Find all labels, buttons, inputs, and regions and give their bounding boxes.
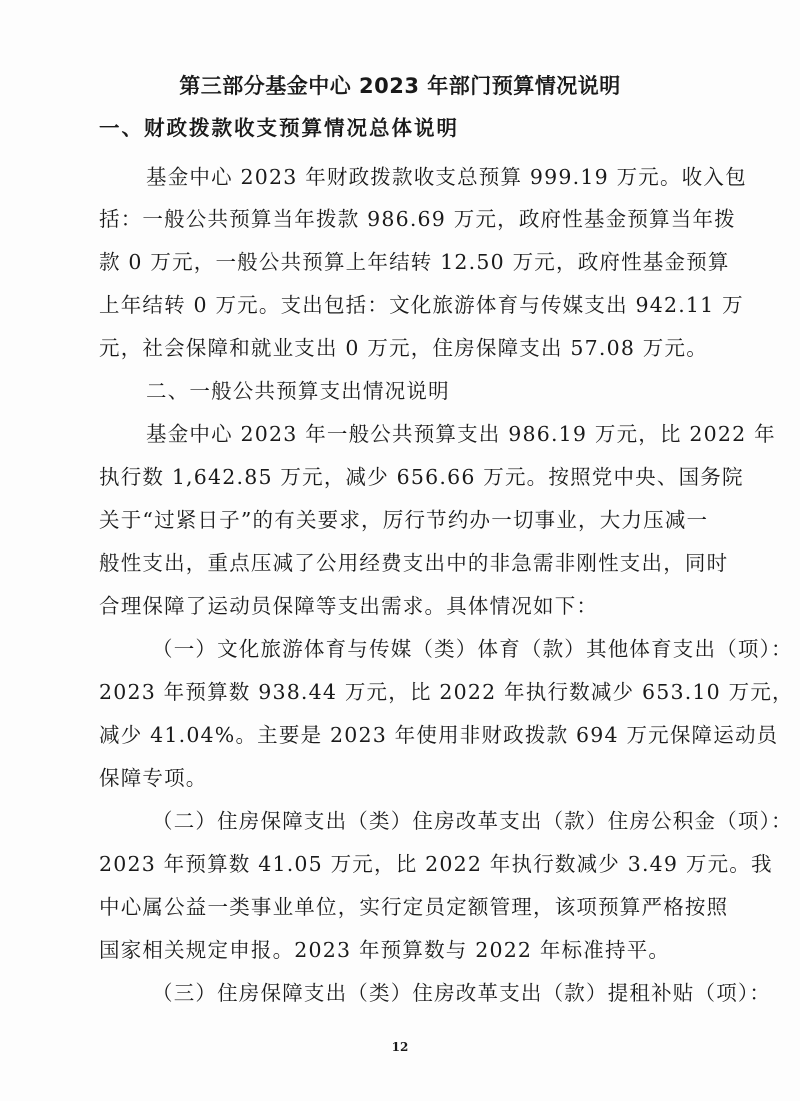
paragraph-line: 保障专项。 [99, 764, 709, 792]
document-page: 第三部分基金中心 2023 年部门预算情况说明 一、财政拨款收支预算情况总体说明… [0, 0, 800, 1101]
subsection-item-1: （一）文化旅游体育与传媒（类）体育（款）其他体育支出（项）： [152, 635, 762, 663]
paragraph-line: 2023 年预算数 938.44 万元，比 2022 年执行数减少 653.10… [99, 678, 709, 706]
subsection-item-2: （二）住房保障支出（类）住房改革支出（款）住房公积金（项）： [152, 807, 762, 835]
subsection-item-3: （三）住房保障支出（类）住房改革支出（款）提租补贴（项）： [152, 979, 762, 1007]
section-heading-2: 二、一般公共预算支出情况说明 [146, 377, 756, 405]
paragraph-line: 上年结转 0 万元。支出包括：文化旅游体育与传媒支出 942.11 万 [99, 291, 709, 319]
page-title: 第三部分基金中心 2023 年部门预算情况说明 [0, 70, 800, 100]
paragraph-line: 基金中心 2023 年财政拨款收支总预算 999.19 万元。收入包 [146, 163, 756, 191]
paragraph-line: 款 0 万元，一般公共预算上年结转 12.50 万元，政府性基金预算 [99, 248, 709, 276]
paragraph-line: 元，社会保障和就业支出 0 万元，住房保障支出 57.08 万元。 [99, 334, 709, 362]
paragraph-line: 中心属公益一类事业单位，实行定员定额管理，该项预算严格按照 [99, 893, 709, 921]
paragraph-line: 国家相关规定申报。2023 年预算数与 2022 年标准持平。 [99, 936, 709, 964]
section-heading-1: 一、财政拨款收支预算情况总体说明 [99, 114, 709, 142]
paragraph-line: 基金中心 2023 年一般公共预算支出 986.19 万元，比 2022 年 [146, 420, 756, 448]
paragraph-line: 般性支出，重点压减了公用经费支出中的非急需非刚性支出，同时 [99, 549, 709, 577]
page-number: 12 [0, 1040, 800, 1054]
paragraph-line: 减少 41.04%。主要是 2023 年使用非财政拨款 694 万元保障运动员 [99, 721, 709, 749]
paragraph-line: 2023 年预算数 41.05 万元，比 2022 年执行数减少 3.49 万元… [99, 850, 709, 878]
paragraph-line: 合理保障了运动员保障等支出需求。具体情况如下： [99, 592, 709, 620]
paragraph-line: 关于“过紧日子”的有关要求，厉行节约办一切事业，大力压减一 [99, 506, 709, 534]
paragraph-line: 执行数 1,642.85 万元，减少 656.66 万元。按照党中央、国务院 [99, 463, 709, 491]
paragraph-line: 括：一般公共预算当年拨款 986.69 万元，政府性基金预算当年拨 [99, 205, 709, 233]
